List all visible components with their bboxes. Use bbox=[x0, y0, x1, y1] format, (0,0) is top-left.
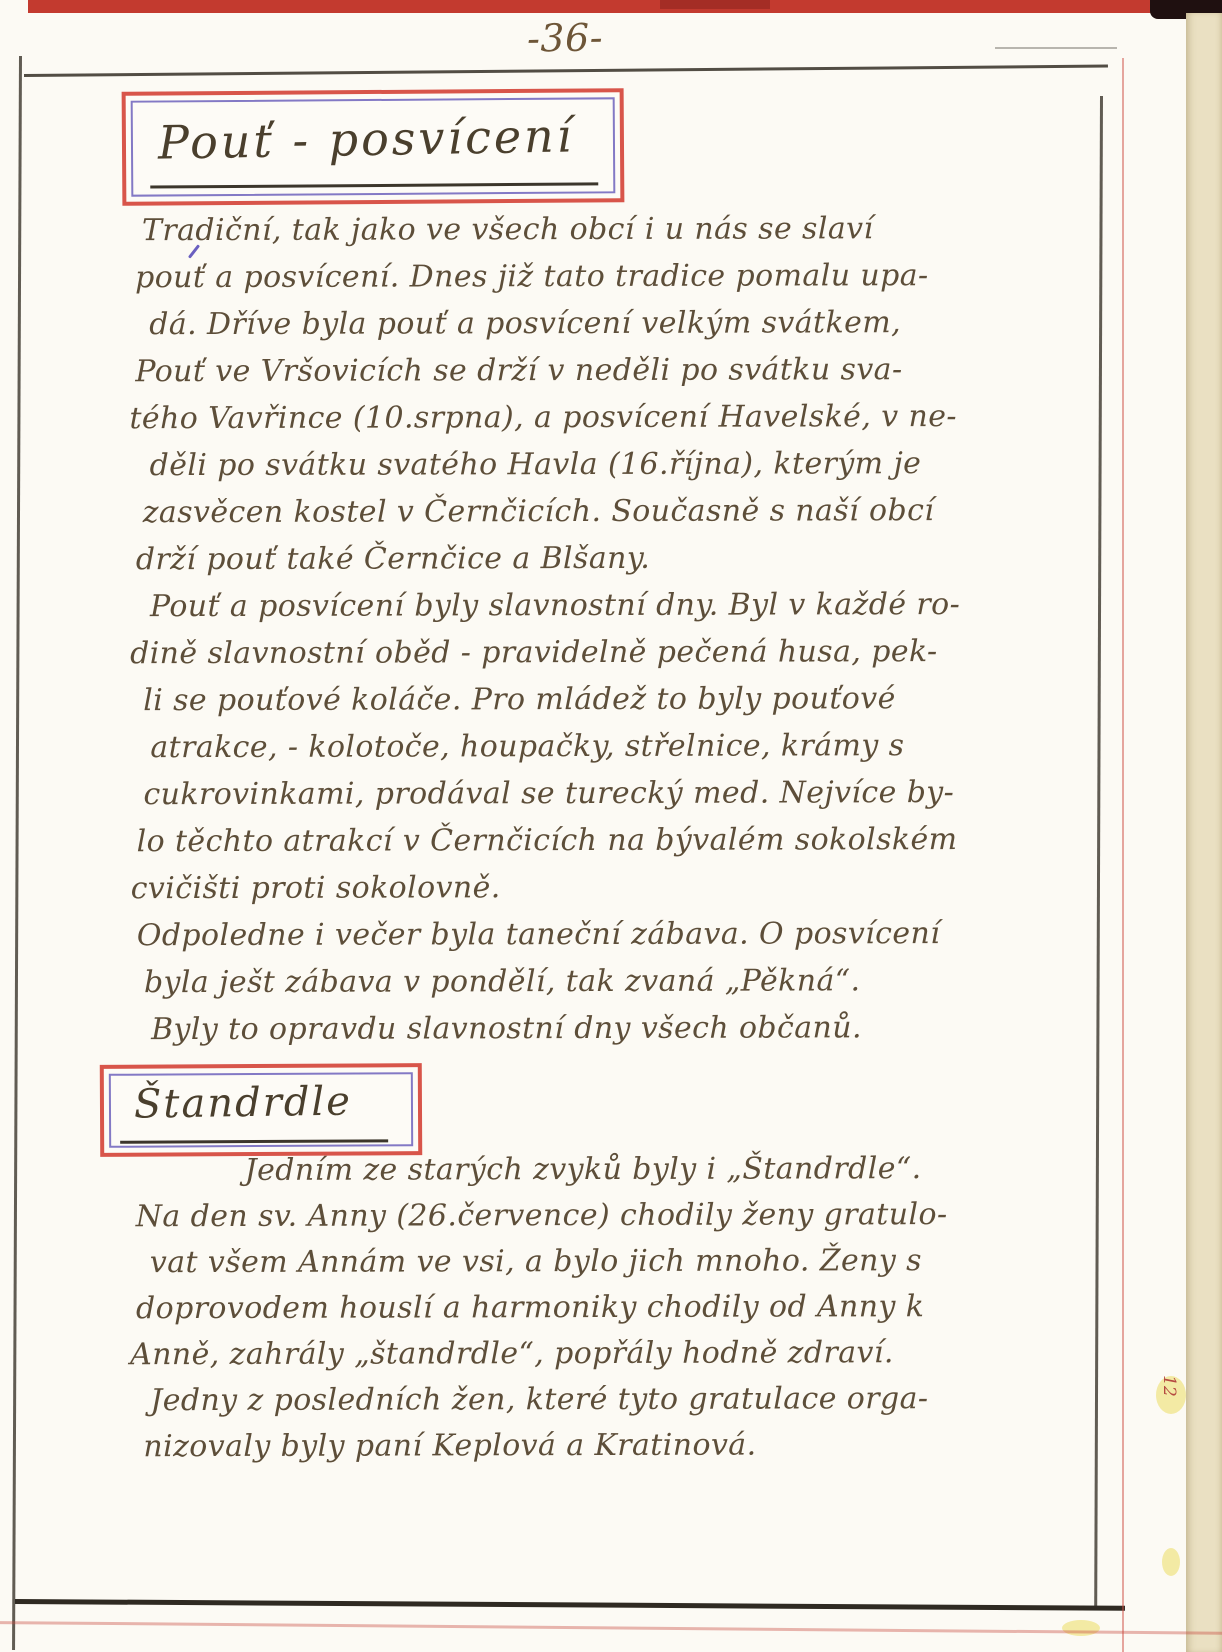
frame-line-bottom bbox=[15, 1599, 1125, 1611]
handwritten-line: drží pouť také Černčice a Blšany. bbox=[136, 534, 1043, 583]
paragraph-standrdle: Jedním ze starých zvyků byly i „Štandrdl… bbox=[143, 1146, 1054, 1470]
frame-line-top-ghost bbox=[995, 47, 1117, 49]
paragraph-pout-posviceni: Tradiční, tak jako ve všech obcí i u nás… bbox=[142, 205, 1044, 1053]
paper-stain bbox=[1162, 1548, 1180, 1576]
section-heading: Štandrdle bbox=[134, 1079, 353, 1128]
handwritten-line: pouť a posvícení. Dnes již tato tradice … bbox=[135, 252, 1042, 301]
section-heading: Pouť - posvícení bbox=[158, 108, 575, 169]
section-heading-box-pout: Pouť - posvícení bbox=[122, 88, 625, 206]
handwritten-line: děli po svátku svatého Havla (16.října),… bbox=[150, 440, 1043, 489]
page-number: -36- bbox=[480, 15, 651, 62]
frame-line-left bbox=[12, 56, 22, 1650]
handwritten-line: Jedním ze starých zvyků byly i „Štandrdl… bbox=[143, 1146, 1053, 1194]
frame-line-right bbox=[1094, 96, 1103, 1608]
book-spine-strip bbox=[28, 0, 1222, 13]
handwritten-line: vat všem Annám ve vsi, a bylo jich mnoho… bbox=[150, 1238, 1053, 1286]
red-margin-rule bbox=[1122, 58, 1124, 1652]
spine-smudge bbox=[660, 0, 770, 9]
handwritten-line: Na den sv. Anny (26.července) chodily že… bbox=[136, 1192, 1053, 1240]
handwritten-line: doprovodem houslí a harmoniky chodily od… bbox=[136, 1284, 1053, 1332]
chronicle-page-scan: -36- 12 Pouť - posvícení Tradiční, tak j… bbox=[0, 0, 1222, 1652]
handwritten-line: Tradiční, tak jako ve všech obcí i u nás… bbox=[142, 205, 1042, 254]
handwritten-line: cukrovinkami, prodával se turecký med. N… bbox=[143, 769, 1043, 818]
handwritten-line: tého Vavřince (10.srpna), a posvícení Ha… bbox=[129, 393, 1042, 442]
handwritten-line: Anně, zahrály „štandrdle“, popřály hodně… bbox=[130, 1330, 1053, 1378]
handwritten-line: li se pouťové koláče. Pro mládež to byly… bbox=[143, 675, 1043, 724]
handwritten-line: Pouť a posvícení byly slavnostní dny. By… bbox=[150, 581, 1043, 630]
handwritten-line: atrakce, - kolotoče, houpačky, střelnice… bbox=[150, 722, 1043, 771]
page-edge-band bbox=[1186, 13, 1222, 1652]
frame-line-top bbox=[24, 65, 1108, 77]
handwritten-line: zasvěcen kostel v Černčicích. Současně s… bbox=[143, 487, 1043, 536]
edge-sheet-number: 12 bbox=[1159, 1375, 1179, 1397]
red-bottom-rule bbox=[0, 1621, 1222, 1635]
handwritten-line: nizovaly byly paní Keplová a Kratinová. bbox=[143, 1422, 1053, 1470]
handwritten-line: Pouť ve Vršovicích se drží v neděli po s… bbox=[135, 346, 1042, 395]
handwritten-line: dině slavnostní oběd - pravidelně pečená… bbox=[130, 628, 1043, 677]
handwritten-line: byla ješt zábava v pondělí, tak zvaná „P… bbox=[144, 957, 1044, 1006]
handwritten-line: Jedny z posledních žen, které tyto gratu… bbox=[150, 1376, 1053, 1424]
handwritten-line: Byly to opravdu slavnostní dny všech obč… bbox=[151, 1004, 1044, 1053]
handwritten-line: dá. Dříve byla pouť a posvícení velkým s… bbox=[149, 299, 1042, 348]
section-heading-box-standrdle: Štandrdle bbox=[100, 1063, 422, 1157]
handwritten-line: cvičišti proti sokolovně. bbox=[131, 863, 1044, 912]
handwritten-line: Odpoledne i večer byla taneční zábava. O… bbox=[137, 910, 1044, 959]
handwritten-line: lo těchto atrakcí v Černčicích na bývalé… bbox=[136, 816, 1043, 865]
